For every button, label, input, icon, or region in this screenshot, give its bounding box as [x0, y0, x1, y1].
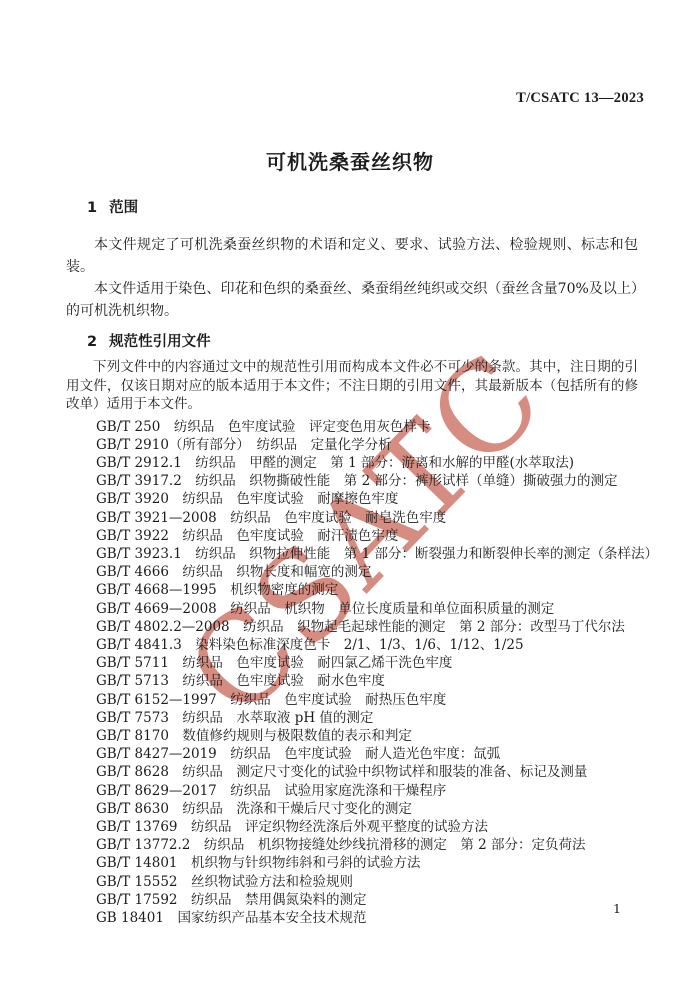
reference-item: GB/T 13769 纺织品 评定织物经洗涤后外观平整度的试验方法 [66, 818, 638, 836]
reference-item: GB/T 3920 纺织品 色牢度试验 耐摩擦色牢度 [66, 490, 638, 508]
reference-item: GB/T 2910（所有部分） 纺织品 定量化学分析 [66, 436, 638, 454]
reference-item: GB/T 3923.1 纺织品 织物拉伸性能 第 1 部分：断裂强力和断裂伸长率… [66, 545, 638, 563]
reference-item: GB/T 17592 纺织品 禁用偶氮染料的测定 [66, 891, 638, 909]
section-1-title: 范围 [109, 200, 138, 216]
section-1-number: 1 [87, 200, 97, 216]
reference-item: GB/T 13772.2 纺织品 机织物接缝处纱线抗滑移的测定 第 2 部分：定… [66, 836, 638, 854]
reference-item: GB/T 250 纺织品 色牢度试验 评定变色用灰色样卡 [66, 418, 638, 436]
reference-item: GB/T 8630 纺织品 洗涤和干燥后尺寸变化的测定 [66, 800, 638, 818]
reference-item: GB/T 4841.3 染料染色标准深度色卡 2/1、1/3、1/6、1/12、… [66, 636, 638, 654]
reference-item: GB/T 8170 数值修约规则与极限数值的表示和判定 [66, 727, 638, 745]
references-intro: 下列文件中的内容通过文中的规范性引用而构成本文件必不可少的条款。其中，注日期的引… [66, 358, 638, 414]
page-number: 1 [613, 901, 621, 916]
reference-item: GB/T 6152—1997 纺织品 色牢度试验 耐热压色牢度 [66, 691, 638, 709]
reference-item: GB/T 3922 纺织品 色牢度试验 耐汗渍色牢度 [66, 527, 638, 545]
reference-item: GB/T 14801 机织物与针织物纬斜和弓斜的试验方法 [66, 854, 638, 872]
document-page: CSATC T/CSATC 13—2023 可机洗桑蚕丝织物 1范围 本文件规定… [0, 0, 700, 990]
reference-item: GB/T 15552 丝织物试验方法和检验规则 [66, 873, 638, 891]
reference-item: GB/T 7573 纺织品 水萃取液 pH 值的测定 [66, 709, 638, 727]
standard-number: T/CSATC 13—2023 [516, 90, 644, 107]
reference-item: GB/T 4666 纺织品 织物长度和幅宽的测定 [66, 563, 638, 581]
reference-item: GB/T 3917.2 纺织品 织物撕破性能 第 2 部分：裤形试样（单缝）撕破… [66, 472, 638, 490]
section-2-heading: 2规范性引用文件 [66, 332, 638, 352]
reference-item: GB/T 2912.1 纺织品 甲醛的测定 第 1 部分：游离和水解的甲醛(水萃… [66, 454, 638, 472]
scope-paragraph-1: 本文件规定了可机洗桑蚕丝织物的术语和定义、要求、试验方法、检验规则、标志和包装。 [66, 234, 638, 278]
reference-item: GB/T 4668—1995 机织物密度的测定 [66, 581, 638, 599]
reference-item: GB 18401 国家纺织产品基本安全技术规范 [66, 909, 638, 927]
reference-item: GB/T 5713 纺织品 色牢度试验 耐水色牢度 [66, 672, 638, 690]
document-body: 1范围 本文件规定了可机洗桑蚕丝织物的术语和定义、要求、试验方法、检验规则、标志… [66, 198, 638, 927]
section-2-title: 规范性引用文件 [109, 334, 211, 350]
reference-item: GB/T 8427—2019 纺织品 色牢度试验 耐人造光色牢度：氙弧 [66, 745, 638, 763]
section-2-number: 2 [87, 334, 97, 350]
scope-paragraph-2: 本文件适用于染色、印花和色织的桑蚕丝、桑蚕绢丝纯织或交织（蚕丝含量70%及以上）… [66, 278, 638, 322]
references-list: GB/T 250 纺织品 色牢度试验 评定变色用灰色样卡 GB/T 2910（所… [66, 418, 638, 928]
document-title: 可机洗桑蚕丝织物 [0, 146, 700, 175]
section-1-heading: 1范围 [66, 198, 638, 218]
reference-item: GB/T 4802.2—2008 纺织品 织物起毛起球性能的测定 第 2 部分：… [66, 618, 638, 636]
reference-item: GB/T 5711 纺织品 色牢度试验 耐四氯乙烯干洗色牢度 [66, 654, 638, 672]
reference-item: GB/T 8629—2017 纺织品 试验用家庭洗涤和干燥程序 [66, 782, 638, 800]
reference-item: GB/T 8628 纺织品 测定尺寸变化的试验中织物试样和服装的准备、标记及测量 [66, 763, 638, 781]
reference-item: GB/T 4669—2008 纺织品 机织物 单位长度质量和单位面积质量的测定 [66, 600, 638, 618]
reference-item: GB/T 3921—2008 纺织品 色牢度试验 耐皂洗色牢度 [66, 509, 638, 527]
